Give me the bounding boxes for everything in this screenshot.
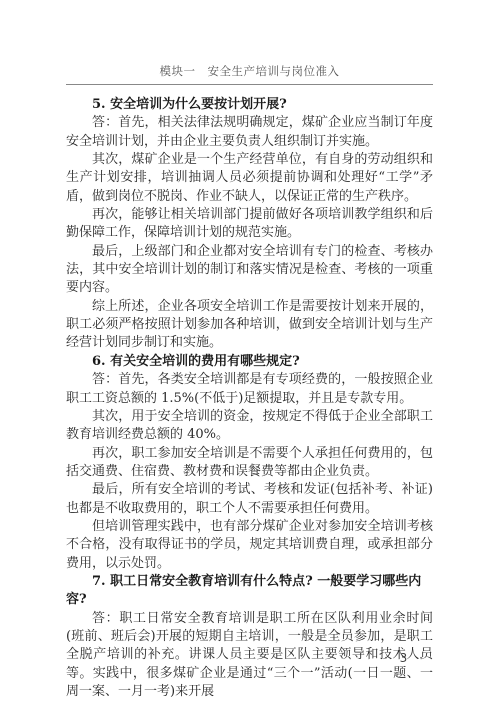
section-6: 6. 有关安全培训的费用有哪些规定? 答：首先，各类安全培训都是有专项经费的，一… xyxy=(66,353,433,573)
paragraph: 答：职工日常安全教育培训是职工所在区队利用业余时间(班前、班后会)开展的短期自主… xyxy=(66,610,433,702)
paragraph: 再次，职工参加安全培训是不需要个人承担任何费用的，包括交通费、住宿费、教材费和误… xyxy=(66,445,433,482)
page-body: 5. 安全培训为什么要按计划开展? 答：首先，相关法律法规明确规定，煤矿企业应当… xyxy=(66,96,433,701)
paragraph: 再次，能够让相关培训部门提前做好各项培训教学组织和后勤保障工作，保障培训计划的规… xyxy=(66,206,433,243)
running-head: 模块一 安全生产培训与岗位准入 xyxy=(66,63,433,79)
question-heading: 5. 安全培训为什么要按计划开展? xyxy=(66,96,433,114)
paragraph: 其次，煤矿企业是一个生产经营单位，有自身的劳动组织和生产计划安排，培训抽调人员必… xyxy=(66,151,433,206)
header-rule xyxy=(66,84,433,85)
paragraph: 答：首先，各类安全培训都是有专项经费的，一般按照企业职工工资总额的 1.5%(不… xyxy=(66,371,433,408)
section-5: 5. 安全培训为什么要按计划开展? 答：首先，相关法律法规明确规定，煤矿企业应当… xyxy=(66,96,433,353)
question-heading: 7. 职工日常安全教育培训有什么特点? 一般要学习哪些内容? xyxy=(66,573,433,610)
paragraph: 最后，所有安全培训的考试、考核和发证(包括补考、补证)也都是不收取费用的，职工个… xyxy=(66,481,433,518)
section-7: 7. 职工日常安全教育培训有什么特点? 一般要学习哪些内容? 答：职工日常安全教… xyxy=(66,573,433,701)
paragraph: 最后，上级部门和企业都对安全培训有专门的检查、考核办法，其中安全培训计划的制订和… xyxy=(66,243,433,298)
paragraph: 答：首先，相关法律法规明确规定，煤矿企业应当制订年度安全培训计划，并由企业主要负… xyxy=(66,114,433,151)
paragraph: 但培训管理实践中，也有部分煤矿企业对参加安全培训考核不合格，没有取得证书的学员，… xyxy=(66,518,433,573)
question-heading: 6. 有关安全培训的费用有哪些规定? xyxy=(66,353,433,371)
paragraph: 综上所述，企业各项安全培训工作是需要按计划来开展的，职工必须严格按照计划参加各种… xyxy=(66,298,433,353)
paragraph: 其次，用于安全培训的资金，按规定不得低于企业全部职工教育培训经费总额的 40%。 xyxy=(66,408,433,445)
page-number: · 3 · xyxy=(384,651,427,665)
